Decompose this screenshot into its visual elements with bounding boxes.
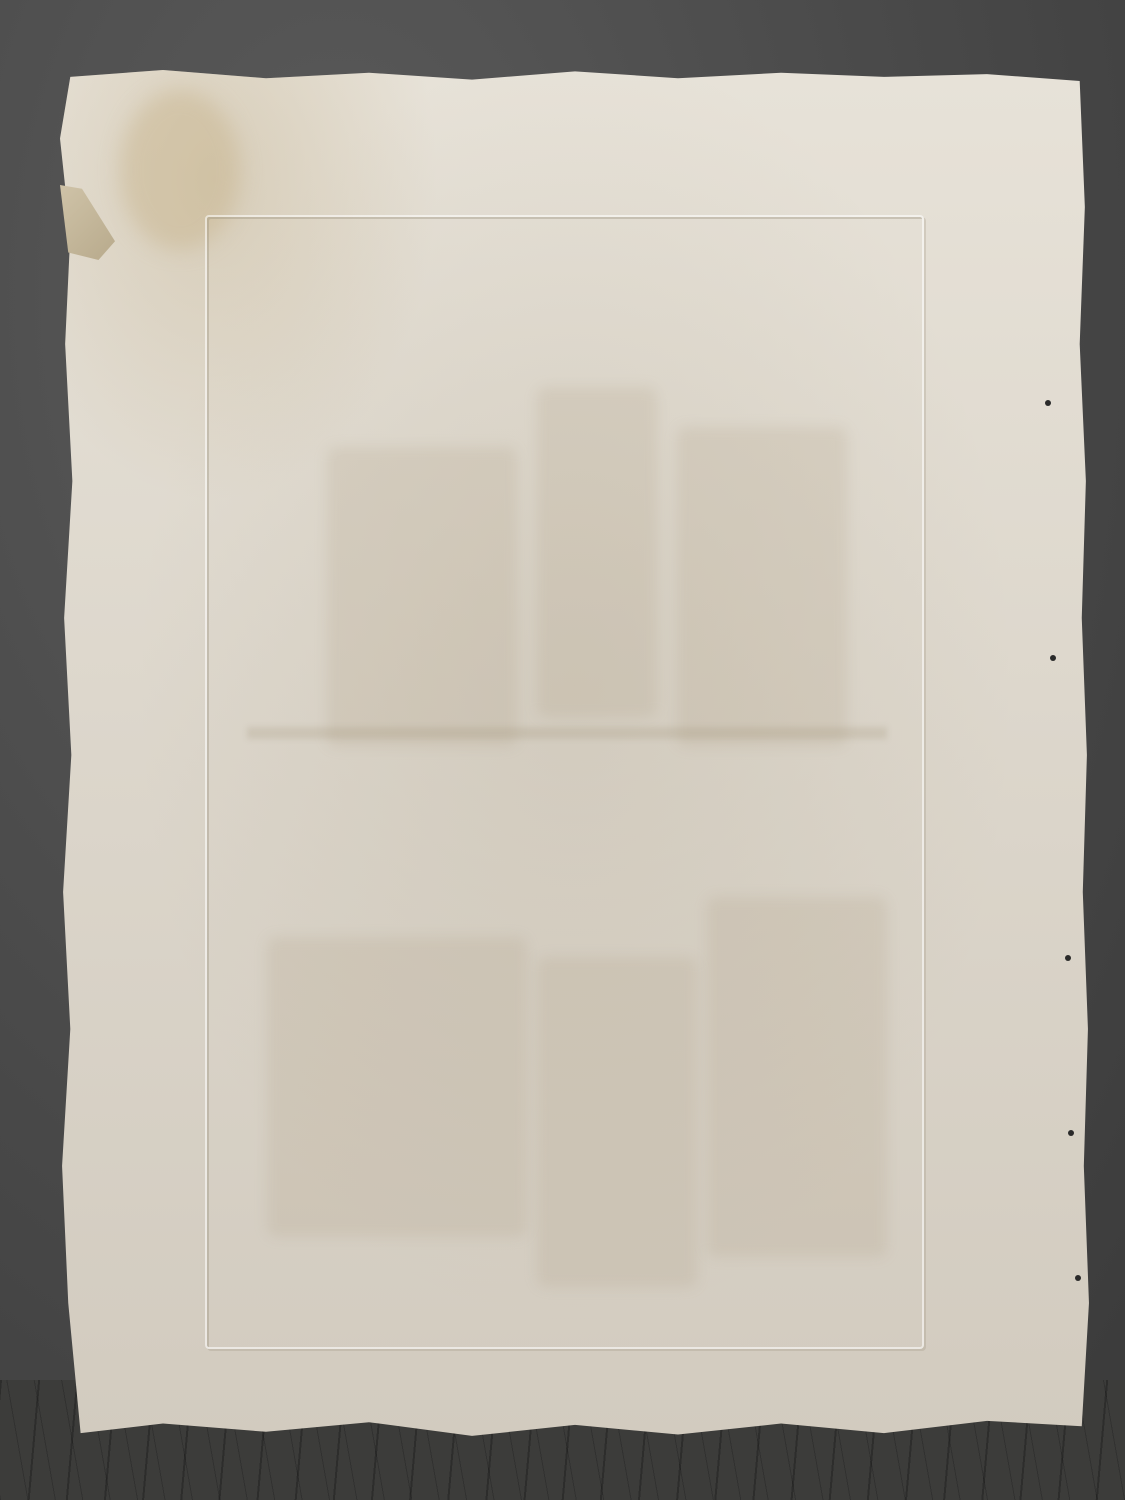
show-through-top-left	[327, 447, 517, 747]
plate-mark	[205, 215, 924, 1349]
punch-hole	[1050, 655, 1056, 661]
show-through-top-mid	[537, 387, 657, 717]
punch-hole	[1045, 400, 1051, 406]
paper-sheet	[60, 70, 1090, 1440]
show-through-bottom-left	[267, 937, 527, 1237]
punch-hole	[1075, 1275, 1081, 1281]
show-through-caption-line	[247, 727, 887, 739]
show-through-bottom-right	[707, 897, 887, 1257]
punch-hole	[1068, 1130, 1074, 1136]
punch-hole	[1065, 955, 1071, 961]
show-through-top-right	[677, 427, 847, 747]
show-through-bottom-mid	[537, 957, 697, 1287]
